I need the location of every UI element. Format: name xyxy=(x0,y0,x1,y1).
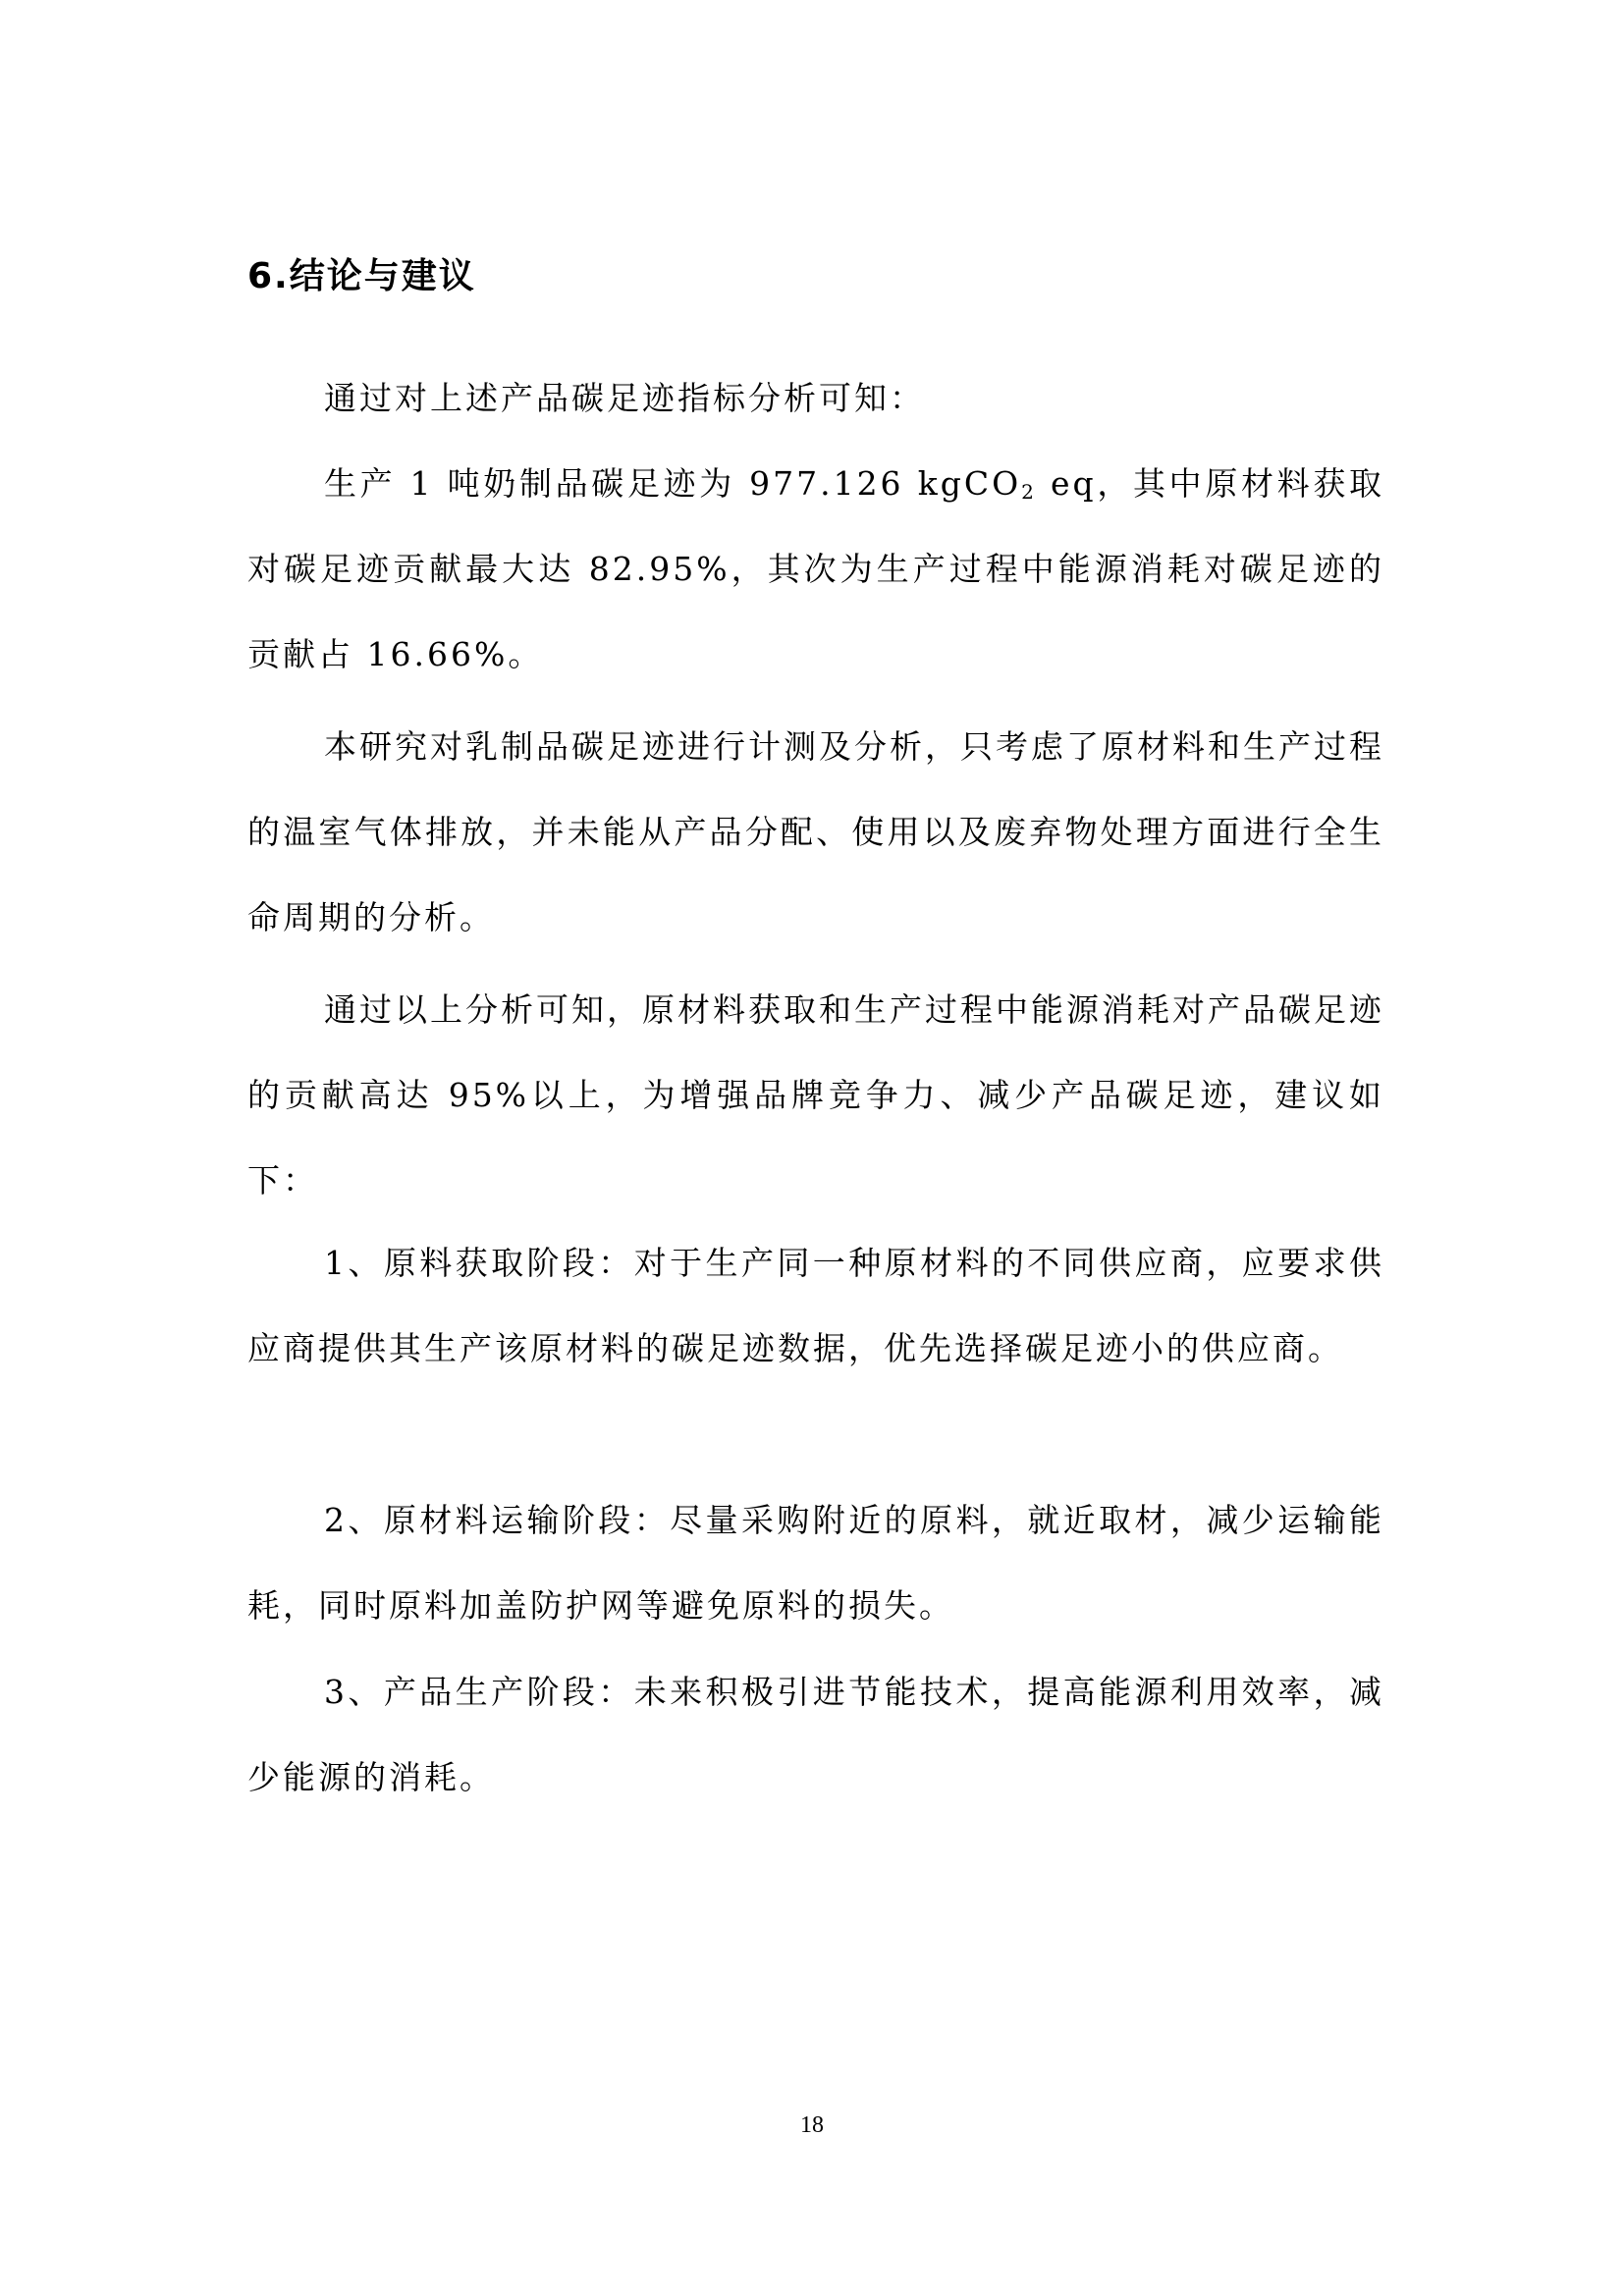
recommendation-1: 1、原料获取阶段：对于生产同一种原材料的不同供应商，应要求供应商提供其生产该原材… xyxy=(247,1220,1384,1391)
page-number: 18 xyxy=(0,2110,1624,2140)
recommendation-2: 2、原材料运输阶段：尽量采购附近的原料，就近取材，减少运输能耗，同时原料加盖防护… xyxy=(247,1477,1384,1648)
section-heading: 6.结论与建议 xyxy=(247,247,476,306)
co2-subscript: 2 xyxy=(1021,480,1037,504)
paragraph-summary: 通过以上分析可知，原材料获取和生产过程中能源消耗对产品碳足迹的贡献高达 95%以… xyxy=(247,967,1384,1223)
paragraph-intro: 通过对上述产品碳足迹指标分析可知： xyxy=(247,355,1384,441)
document-page: 6.结论与建议 通过对上述产品碳足迹指标分析可知： 生产 1 吨奶制品碳足迹为 … xyxy=(0,0,1624,2296)
recommendation-3: 3、产品生产阶段：未来积极引进节能技术，提高能源利用效率，减少能源的消耗。 xyxy=(247,1649,1384,1820)
paragraph-scope: 本研究对乳制品碳足迹进行计测及分析，只考虑了原材料和生产过程的温室气体排放，并未… xyxy=(247,704,1384,960)
paragraph-result: 生产 1 吨奶制品碳足迹为 977.126 kgCO2 eq，其中原材料获取对碳… xyxy=(247,441,1384,697)
result-text-before: 生产 1 吨奶制品碳足迹为 977.126 kgCO xyxy=(324,464,1021,503)
